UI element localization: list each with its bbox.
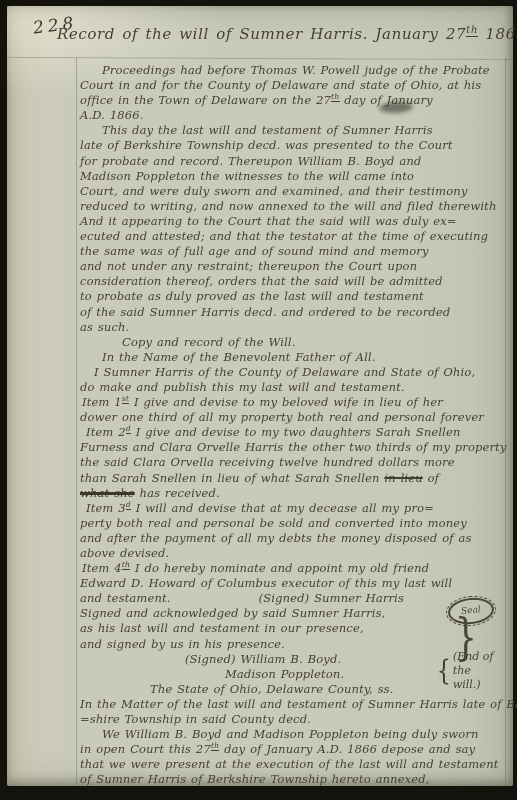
manuscript-line: Court in and for the County of Delaware …: [80, 78, 510, 93]
manuscript-line: Signed and acknowledged by said Sumner H…: [80, 606, 510, 621]
manuscript-line: as his last will and testament in our pr…: [80, 621, 510, 636]
manuscript-line: I Sumner Harris of the County of Delawar…: [80, 365, 510, 380]
text-segment: Court in and for the County of Delaware …: [80, 78, 481, 92]
text-segment: Edward D. Howard of Columbus executor of…: [80, 576, 452, 590]
manuscript-line: A.D. 1866.: [80, 108, 510, 123]
text-segment: to probate as duly proved as the last wi…: [80, 289, 424, 303]
text-segment: day of January A.D. 1866 depose and say: [219, 742, 475, 756]
manuscript-line: Furness and Clara Orvelle Harris the oth…: [80, 440, 510, 455]
text-segment: for probate and record. Thereupon Willia…: [80, 154, 421, 168]
title-year: 1866.: [478, 25, 517, 43]
manuscript-line: in open Court this 27th day of January A…: [80, 742, 510, 757]
manuscript-line: than Sarah Snellen in lieu of what Sarah…: [80, 471, 510, 486]
text-segment: than Sarah Snellen in lieu of what Sarah…: [80, 471, 384, 485]
manuscript-line: Madison Poppleton the witnesses to the w…: [80, 169, 510, 184]
text-segment: in lieu: [384, 471, 422, 485]
manuscript-line: Copy and record of the Will.: [80, 335, 510, 350]
text-segment: that we were present at the execution of…: [80, 757, 499, 771]
text-segment: And it appearing to the Court that the s…: [80, 214, 457, 228]
manuscript-line: reduced to writing, and now annexed to t…: [80, 199, 510, 214]
text-segment: Court, and were duly sworn and examined,…: [80, 184, 467, 198]
manuscript-line: late of Berkshire Township decd. was pre…: [80, 138, 510, 153]
text-segment: Copy and record of the Will.: [122, 335, 296, 349]
text-segment: Item 1: [82, 395, 122, 409]
text-segment: has received.: [135, 486, 220, 500]
text-segment: I give and devise to my beloved wife in …: [129, 395, 443, 409]
text-segment: Item 3: [86, 501, 126, 515]
manuscript-line: and testament.(Signed) Sumner Harris: [80, 591, 510, 606]
manuscript-line: consideration thereof, orders that the s…: [80, 274, 510, 289]
ledger-page: 228 Record of the will of Sumner Harris.…: [7, 6, 513, 786]
manuscript-line: as such.: [80, 320, 510, 335]
manuscript-line: perty both real and personal be sold and…: [80, 516, 510, 531]
text-segment: as his last will and testament in our pr…: [80, 621, 364, 635]
manuscript-line: of Sumner Harris of Berkshire Township h…: [80, 772, 510, 787]
text-segment: I will and devise that at my decease all…: [131, 501, 434, 515]
manuscript-line: Item 2d I give and devise to my two daug…: [80, 425, 510, 440]
text-segment: the said Clara Orvella receiving twelve …: [80, 455, 455, 469]
manuscript-line: And it appearing to the Court that the s…: [80, 214, 510, 229]
text-segment: This day the last will and testament of …: [102, 123, 433, 137]
text-segment: (Signed) William B. Boyd.: [185, 652, 341, 666]
text-segment: We William B. Boyd and Madison Poppleton…: [102, 727, 479, 741]
text-segment: do make and publish this my last will an…: [80, 380, 405, 394]
title-text: Record of the will of Sumner Harris. Jan…: [57, 25, 466, 43]
text-segment: as such.: [80, 320, 129, 334]
manuscript-line: for probate and record. Thereupon Willia…: [80, 154, 510, 169]
text-segment: in open Court this 27: [80, 742, 211, 756]
text-segment: Item 2: [86, 425, 126, 439]
manuscript-line: Item 1st I give and devise to my beloved…: [80, 395, 510, 410]
manuscript-line: the same was of full age and of sound mi…: [80, 244, 510, 259]
manuscript-line: and not under any restraint; thereupon t…: [80, 259, 510, 274]
manuscript-line: Item 3d I will and devise that at my dec…: [80, 501, 510, 516]
text-segment: th: [122, 560, 130, 570]
manuscript-line: Item 4th I do hereby nominate and appoin…: [80, 561, 510, 576]
text-segment: th: [331, 92, 339, 102]
text-segment: Proceedings had before Thomas W. Powell …: [102, 63, 490, 77]
text-segment: of Sumner Harris of Berkshire Township h…: [80, 772, 430, 786]
manuscript-line: that we were present at the execution of…: [80, 757, 510, 772]
text-segment: In the Name of the Benevolent Father of …: [102, 350, 376, 364]
text-segment: Item 4: [82, 561, 122, 575]
text-segment: and not under any restraint; thereupon t…: [80, 259, 417, 273]
text-segment: of: [423, 471, 439, 485]
manuscript-line: =shire Township in said County decd.: [80, 712, 510, 727]
header-rule-line: [7, 57, 513, 60]
left-margin-rule: [76, 58, 77, 786]
text-segment: The State of Ohio, Delaware County, ss.: [150, 682, 394, 696]
end-note-line-1: (End of the: [453, 650, 513, 678]
manuscript-line: This day the last will and testament of …: [80, 123, 510, 138]
text-segment: above devised.: [80, 546, 169, 560]
manuscript-line: Edward D. Howard of Columbus executor of…: [80, 576, 510, 591]
end-note-line-2: will.): [453, 678, 513, 692]
end-of-will-note: { (End of the will.): [435, 650, 513, 692]
text-segment: ecuted and attested; and that the testat…: [80, 229, 488, 243]
text-segment: what she: [80, 486, 135, 500]
text-segment: of the said Sumner Harris decd. and orde…: [80, 305, 450, 319]
text-segment: the same was of full age and of sound mi…: [80, 244, 429, 258]
manuscript-line: dower one third of all my property both …: [80, 410, 510, 425]
manuscript-line: ecuted and attested; and that the testat…: [80, 229, 510, 244]
text-segment: I give and devise to my two daughters Sa…: [131, 425, 461, 439]
manuscript-line: and after the payment of all my debts th…: [80, 531, 510, 546]
manuscript-line: We William B. Boyd and Madison Poppleton…: [80, 727, 510, 742]
text-segment: and after the payment of all my debts th…: [80, 531, 472, 545]
manuscript-line: In the Name of the Benevolent Father of …: [80, 350, 510, 365]
manuscript-line: to probate as duly proved as the last wi…: [80, 289, 510, 304]
manuscript-line: what she has received.: [80, 486, 510, 501]
text-segment: reduced to writing, and now annexed to t…: [80, 199, 497, 213]
text-segment: late of Berkshire Township decd. was pre…: [80, 138, 453, 152]
manuscript-line: of the said Sumner Harris decd. and orde…: [80, 305, 510, 320]
manuscript-line: do make and publish this my last will an…: [80, 380, 510, 395]
manuscript-line: office in the Town of Delaware on the 27…: [80, 93, 510, 108]
manuscript-line: Proceedings had before Thomas W. Powell …: [80, 63, 510, 78]
title-superscript: th: [466, 25, 478, 37]
text-segment: In the Matter of the last will and testa…: [80, 697, 517, 711]
manuscript-line: the said Clara Orvella receiving twelve …: [80, 455, 510, 470]
text-segment: and testament.: [80, 591, 171, 605]
text-segment: office in the Town of Delaware on the 27: [80, 93, 331, 107]
text-segment: Signed and acknowledged by said Sumner H…: [80, 606, 385, 620]
text-segment: consideration thereof, orders that the s…: [80, 274, 443, 288]
text-segment: Furness and Clara Orvelle Harris the oth…: [80, 440, 507, 454]
manuscript-line: In the Matter of the last will and testa…: [80, 697, 510, 712]
text-segment: Madison Poppleton.: [225, 667, 344, 681]
text-segment: I Sumner Harris of the County of Delawar…: [94, 365, 475, 379]
manuscript-line: Court, and were duly sworn and examined,…: [80, 184, 510, 199]
scanned-manuscript-page: { "page": { "number": "228" }, "doc": { …: [0, 0, 517, 800]
text-segment: =shire Township in said County decd.: [80, 712, 311, 726]
text-segment: and signed by us in his presence.: [80, 637, 285, 651]
manuscript-line: above devised.: [80, 546, 510, 561]
text-segment: I do hereby nominate and appoint my old …: [130, 561, 429, 575]
record-title: Record of the will of Sumner Harris. Jan…: [57, 25, 509, 43]
text-segment: Madison Poppleton the witnesses to the w…: [80, 169, 414, 183]
end-note-brace: {: [437, 657, 451, 685]
text-segment: A.D. 1866.: [80, 108, 144, 122]
text-segment: dower one third of all my property both …: [80, 410, 484, 424]
text-segment: perty both real and personal be sold and…: [80, 516, 467, 530]
text-segment: (Signed) Sumner Harris: [259, 591, 404, 605]
